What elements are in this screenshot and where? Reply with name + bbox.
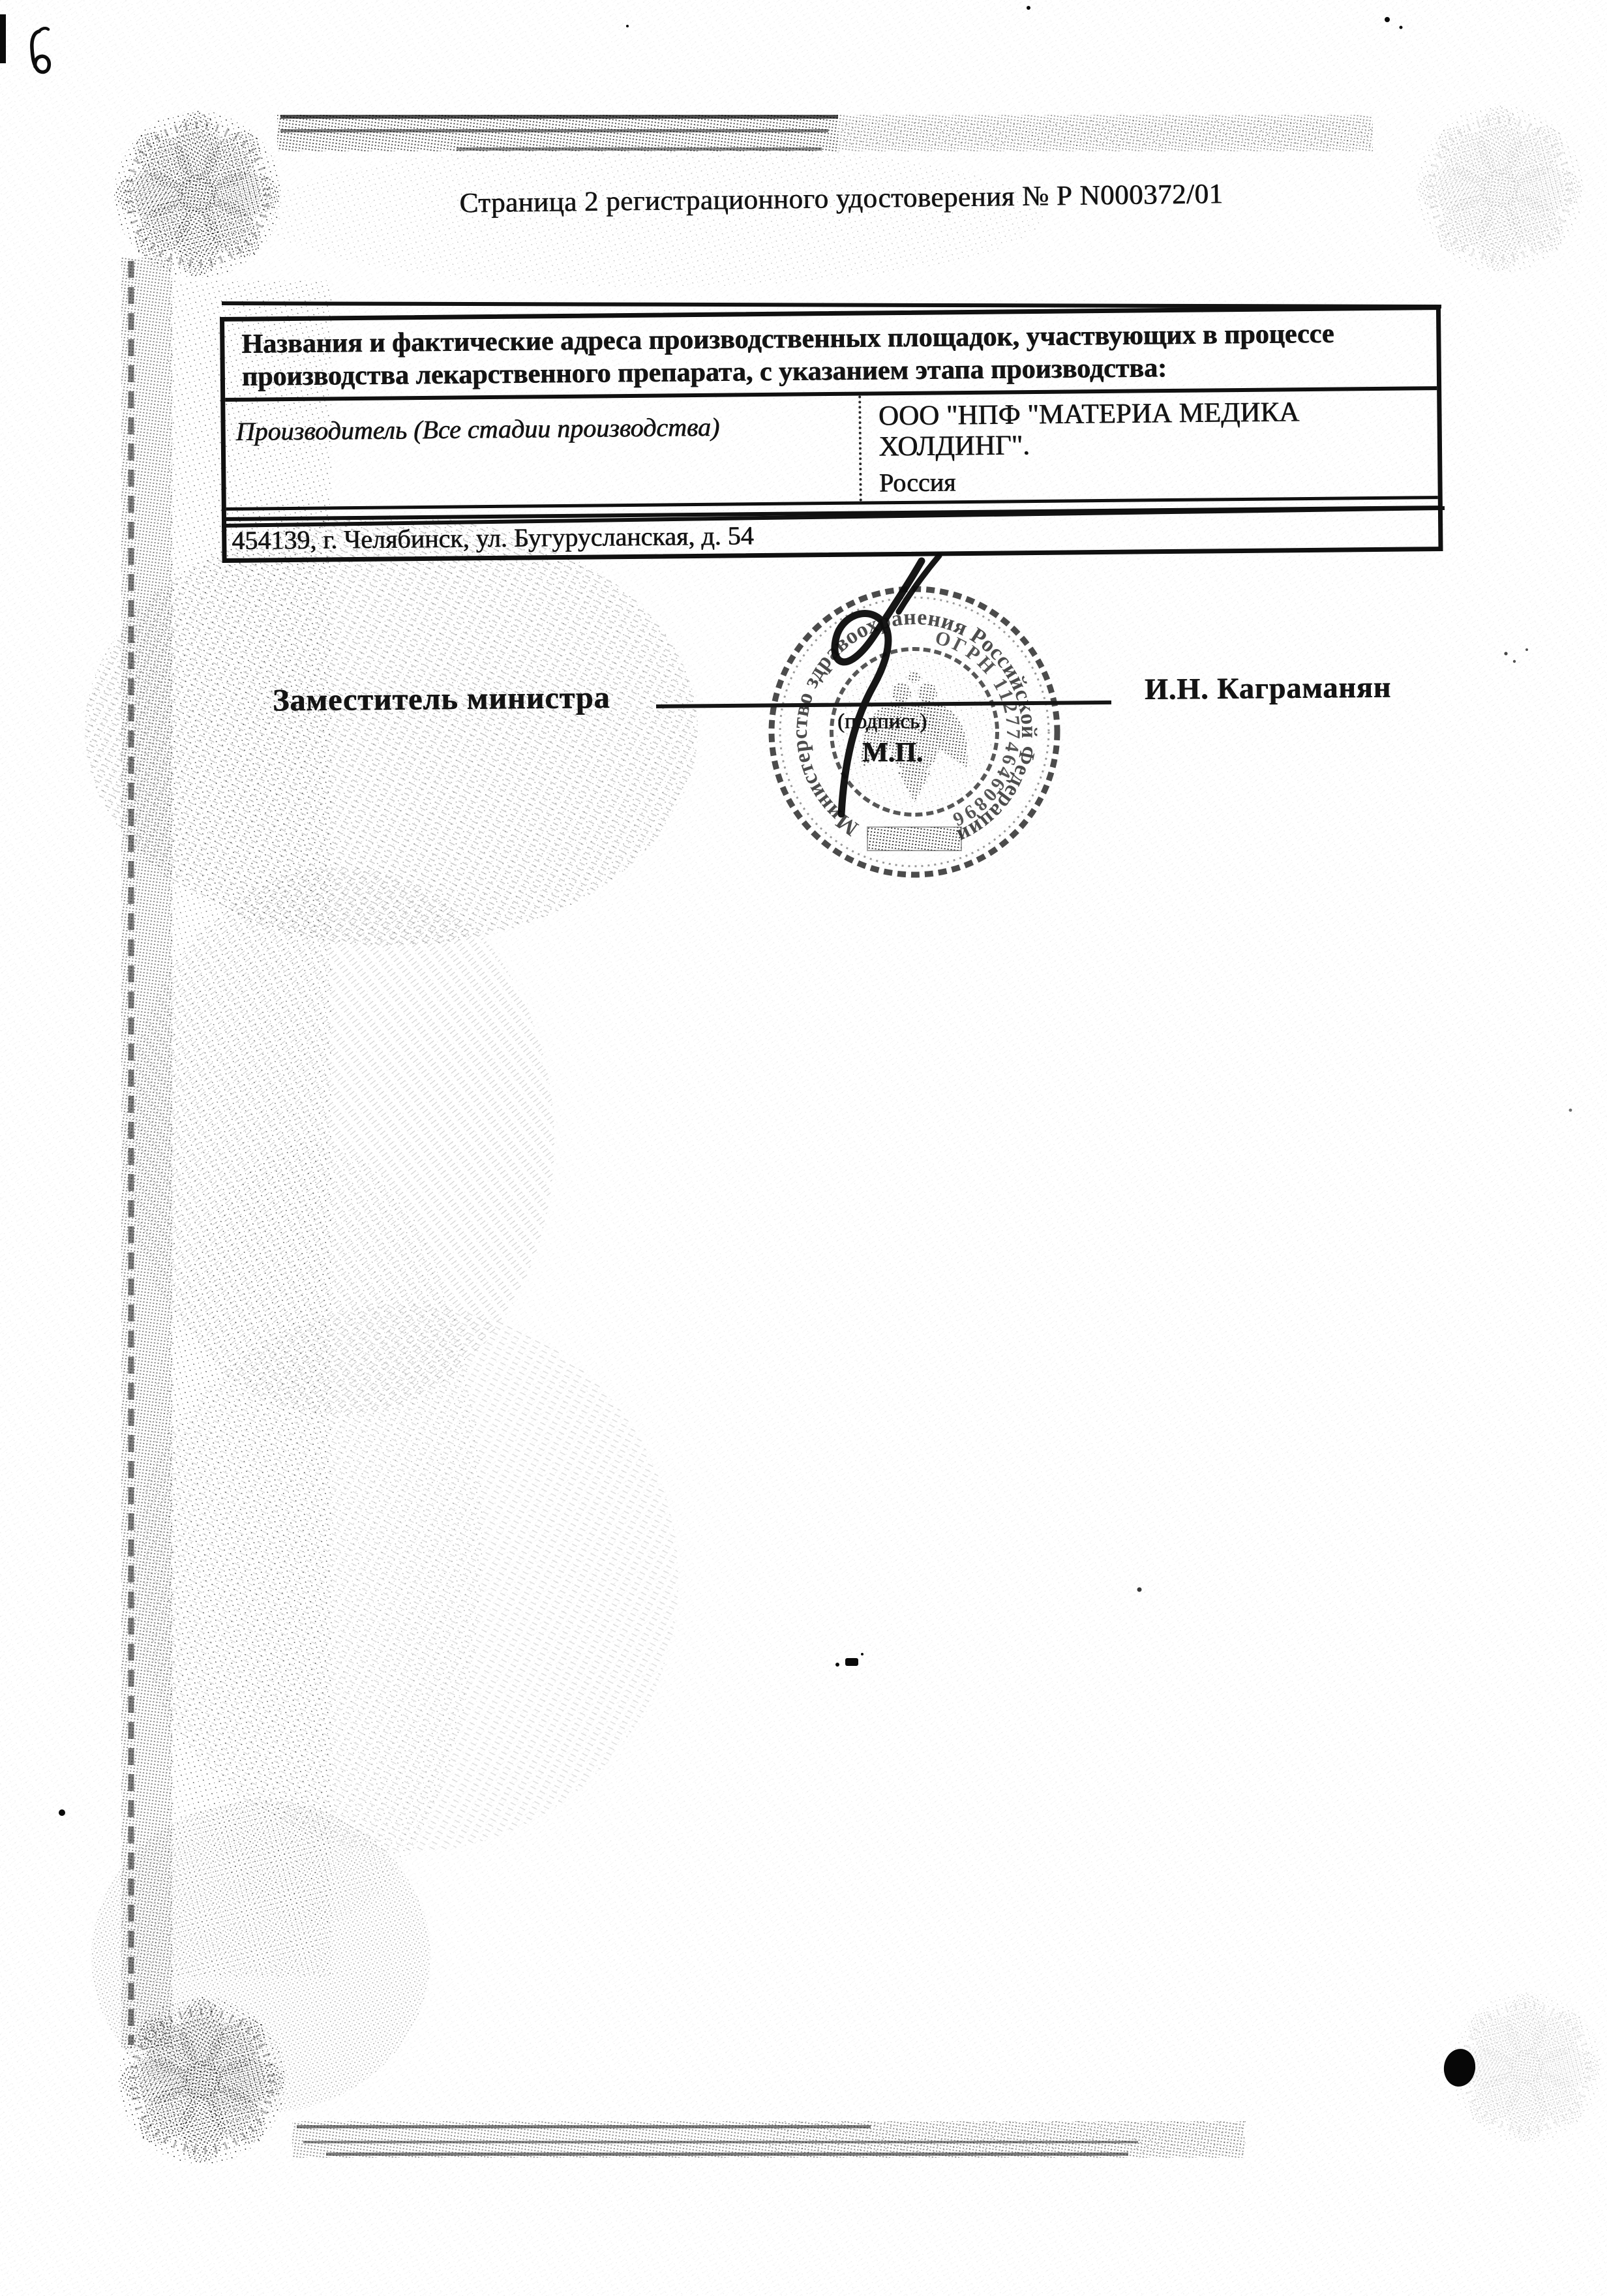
signatory-title: Заместитель министра	[273, 680, 610, 719]
producer-country: Россия	[879, 464, 1432, 498]
production-sites-table: Названия и фактические адреса производст…	[220, 305, 1443, 563]
guilloche-rosette-top-left	[114, 111, 281, 278]
producer-label-cell: Производитель (Все стадии производства)	[225, 395, 862, 507]
signature-caption: (подпись)	[837, 710, 927, 734]
seal-place-abbr: М.П.	[862, 737, 923, 768]
guilloche-rosette-top-right	[1417, 106, 1584, 273]
guilloche-band-bottom	[292, 2121, 1246, 2158]
producer-company: ООО "НПФ "МАТЕРИА МЕДИКА ХОЛДИНГ".	[879, 395, 1431, 462]
producer-value-cell: ООО "НПФ "МАТЕРИА МЕДИКА ХОЛДИНГ". Росси…	[862, 390, 1438, 502]
stamp-cartouche	[867, 827, 961, 851]
table-header-cell: Названия и фактические адреса производст…	[224, 310, 1437, 402]
table-producer-row: Производитель (Все стадии производства) …	[225, 390, 1437, 507]
scanned-certificate-page: Страница 2 регистрационного удостоверени…	[0, 0, 1607, 2296]
signatory-name: И.Н. Каграманян	[1145, 669, 1392, 706]
